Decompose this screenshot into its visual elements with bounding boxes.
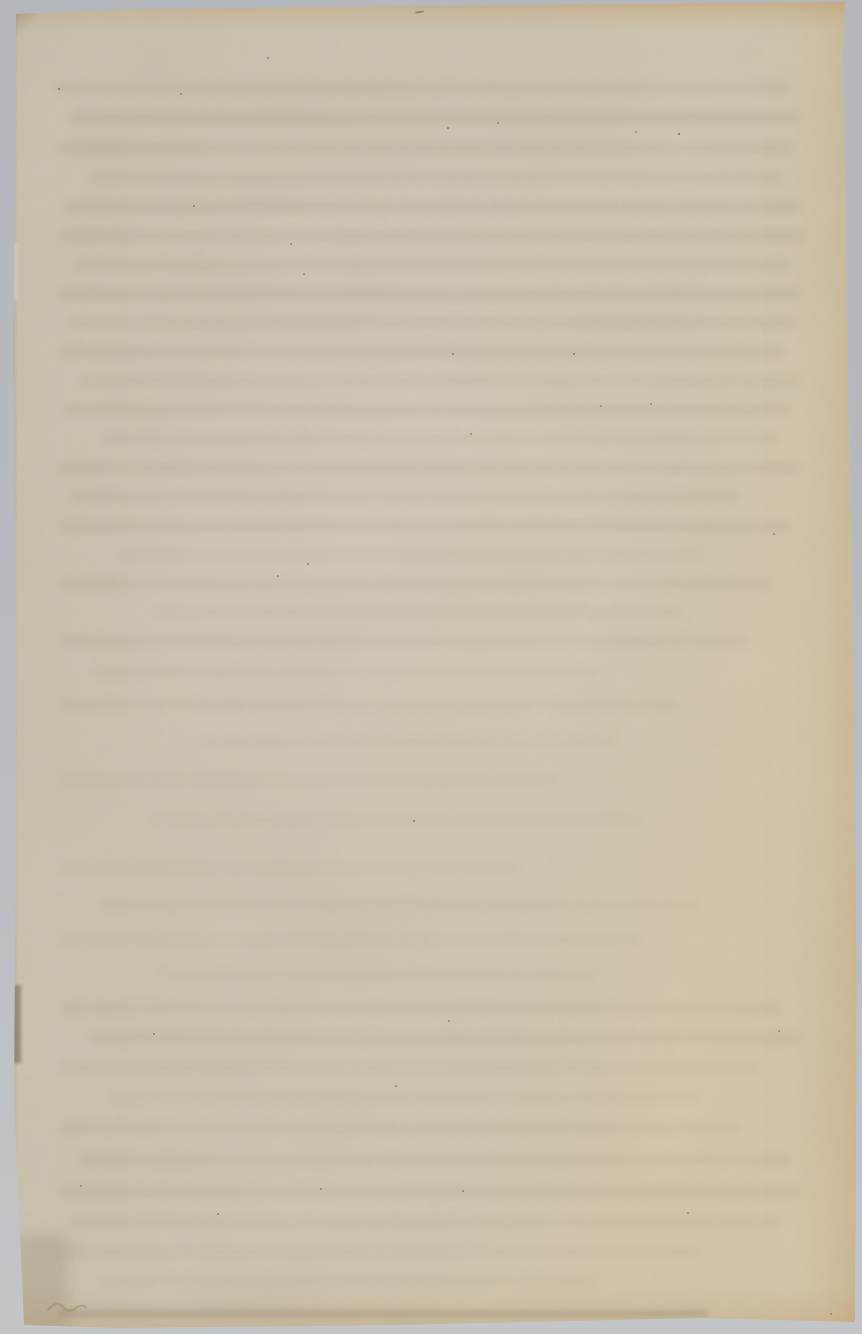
ink-speck — [635, 131, 637, 133]
bleed-through-line — [60, 1063, 760, 1073]
ink-speck — [600, 405, 602, 407]
bleed-through-line — [60, 231, 805, 241]
bleed-through-line — [150, 607, 680, 617]
bleed-through-line — [90, 1033, 800, 1043]
ink-speck — [10, 398, 12, 400]
bleed-through-line — [90, 667, 600, 677]
bleed-through-line — [60, 463, 800, 473]
bleed-through-line — [70, 1217, 780, 1227]
bleed-through-line — [75, 260, 790, 270]
ink-speck — [290, 243, 292, 245]
bleed-through-line — [60, 289, 800, 299]
bleed-through-line — [100, 1277, 600, 1287]
bleed-through-line — [100, 434, 780, 444]
bleed-through-line — [160, 970, 600, 980]
bleed-through-line — [60, 1123, 740, 1133]
ink-speck — [153, 1033, 155, 1035]
bleed-through-line — [200, 737, 620, 747]
ink-speck — [80, 1185, 82, 1187]
bleed-through-line — [70, 492, 740, 502]
ink-speck — [678, 133, 680, 135]
bleed-through-line — [60, 1003, 780, 1013]
bleed-through-line — [60, 579, 770, 589]
scanner-background — [0, 0, 862, 1334]
bleed-through-line — [90, 173, 780, 183]
paper-grain-texture — [0, 0, 862, 1334]
bleed-through-line — [80, 376, 800, 386]
bleed-through-line — [65, 405, 790, 415]
ink-speck — [413, 820, 415, 822]
corner-fold-topleft — [12, 6, 46, 36]
ink-speck — [830, 1313, 832, 1315]
bleed-through-line — [70, 318, 795, 328]
paper-vignette — [0, 0, 862, 1334]
ink-speck — [303, 273, 305, 275]
ink-speck — [320, 1188, 322, 1190]
ink-speck — [307, 563, 309, 565]
ink-speck — [448, 1020, 450, 1022]
bleed-through-line — [110, 1093, 700, 1103]
paper-top-edge-shading — [0, 0, 862, 1334]
bleed-through-line — [70, 113, 800, 123]
bleed-through-line — [80, 1155, 790, 1165]
left-edge-light-notch — [10, 242, 18, 300]
ink-speck — [497, 122, 499, 124]
bleed-through-line — [55, 83, 790, 93]
bleed-through-text-layer — [0, 0, 862, 1334]
left-edge-dark-notch — [11, 985, 21, 1063]
bleed-through-line — [60, 1187, 800, 1197]
ink-speck — [180, 93, 182, 95]
ink-speck — [573, 353, 575, 355]
ink-speck — [778, 1030, 780, 1032]
ink-speck — [773, 533, 775, 535]
paper-right-warm-shading — [0, 0, 862, 1334]
bleed-through-line — [150, 815, 640, 825]
ink-speck — [58, 88, 60, 90]
ink-speck-layer — [0, 0, 862, 1334]
ink-speck — [217, 1213, 219, 1215]
bleed-through-line — [60, 775, 560, 785]
ink-speck — [462, 1190, 464, 1192]
ink-speck — [395, 1085, 397, 1087]
bleed-through-line — [60, 1247, 700, 1257]
bleed-through-line — [60, 347, 785, 357]
paper-mottle-texture — [0, 0, 862, 1334]
ink-speck — [193, 205, 195, 207]
ink-speck — [452, 353, 454, 355]
bottom-edge-smudge — [58, 1310, 708, 1317]
bleed-through-line — [60, 863, 520, 873]
bleed-through-line — [60, 700, 680, 710]
paper-sheet — [0, 0, 862, 1334]
bleed-through-line — [65, 202, 800, 212]
bleed-through-line — [60, 935, 640, 945]
paper-left-dark-edge — [0, 0, 862, 1334]
ink-speck — [687, 1212, 689, 1214]
paper-bottom-edge-shading — [0, 0, 862, 1334]
ink-speck — [470, 433, 472, 435]
bleed-through-line — [100, 900, 700, 910]
bleed-through-line — [60, 636, 750, 646]
pencil-squiggle-mark — [46, 1300, 88, 1314]
bleed-through-line — [120, 550, 700, 560]
bleed-through-line — [60, 521, 790, 531]
ink-speck — [650, 403, 652, 405]
ink-speck — [447, 127, 449, 129]
ink-speck — [277, 575, 279, 577]
bleed-through-line — [60, 143, 795, 153]
ink-speck — [415, 10, 424, 13]
ink-speck — [267, 57, 269, 59]
